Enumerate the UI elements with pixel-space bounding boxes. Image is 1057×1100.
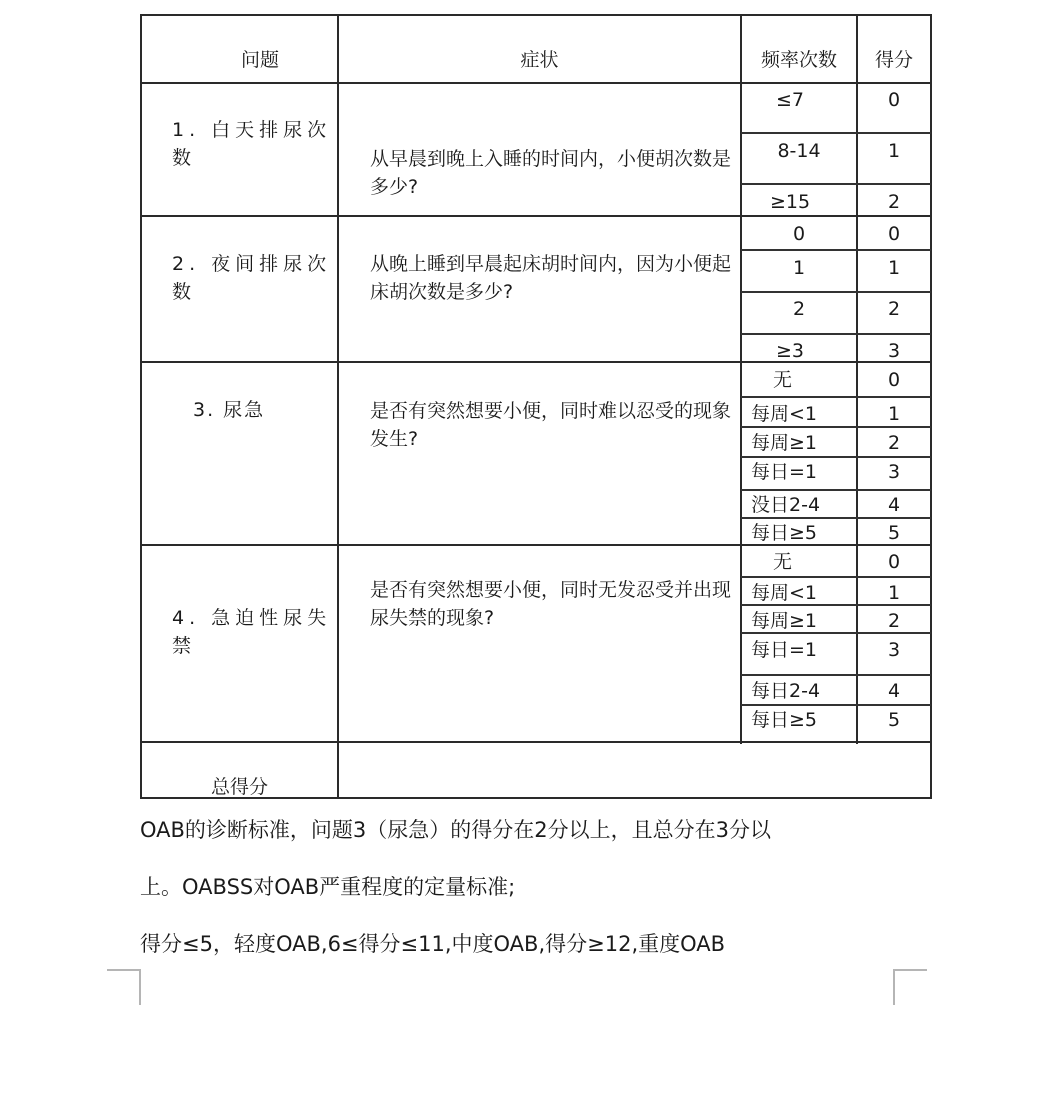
q4-frequency-4: 每日2-4	[751, 677, 820, 705]
total-score-value[interactable]	[345, 755, 925, 791]
q3-frequency-5: 每日≥5	[751, 519, 817, 547]
q2-score-0: 0	[858, 220, 930, 248]
subrow-divider	[741, 396, 931, 398]
total-score-label: 总得分	[142, 773, 337, 801]
q1-score-2: 2	[858, 188, 930, 216]
question-4-label: 4. 急迫性尿失禁	[172, 604, 337, 660]
q2-score-1: 1	[858, 254, 930, 282]
q1-frequency-0: ≤7	[741, 86, 839, 114]
q4-score-1: 1	[858, 579, 930, 607]
q4-frequency-1: 每周<1	[751, 579, 817, 607]
q4-frequency-2: 每周≥1	[751, 607, 817, 635]
question-2-symptom: 从晚上睡到早晨起床胡时间内，因为小便起床胡次数是多少?	[370, 250, 736, 306]
column-divider-question	[337, 14, 339, 799]
q2-frequency-2: 2	[741, 295, 857, 323]
q3-score-4: 4	[858, 491, 930, 519]
q2-frequency-0: 0	[741, 220, 857, 248]
q3-frequency-3: 每日=1	[751, 458, 817, 486]
q3-frequency-4: 没日2-4	[751, 491, 820, 519]
header-frequency: 频率次数	[742, 46, 856, 74]
margin-corner-mark-right	[893, 969, 927, 1005]
q4-score-0: 0	[858, 548, 930, 576]
q2-frequency-3: ≥3	[741, 337, 839, 365]
q3-frequency-2: 每周≥1	[751, 429, 817, 457]
q3-score-0: 0	[858, 366, 930, 394]
q3-score-2: 2	[858, 429, 930, 457]
q4-frequency-3: 每日=1	[751, 636, 817, 664]
subrow-divider	[741, 249, 931, 251]
q3-score-1: 1	[858, 400, 930, 428]
q1-frequency-2: ≥15	[741, 188, 839, 216]
q3-score-3: 3	[858, 458, 930, 486]
q3-frequency-0: 无	[773, 366, 792, 394]
q1-score-0: 0	[858, 86, 930, 114]
header-question: 问题	[200, 46, 320, 74]
q4-frequency-0: 无	[773, 548, 792, 576]
q2-frequency-1: 1	[741, 254, 857, 282]
header-symptom: 症状	[339, 46, 740, 74]
question-4-symptom: 是否有突然想要小便，同时无发忍受并出现尿失禁的现象?	[370, 576, 736, 632]
column-divider-symptom	[740, 14, 742, 744]
row-divider-q4	[140, 741, 932, 743]
q1-score-1: 1	[858, 137, 930, 165]
q4-score-3: 3	[858, 636, 930, 664]
question-3-symptom: 是否有突然想要小便，同时难以忍受的现象发生?	[370, 397, 736, 453]
question-3-label: 3. 尿急	[193, 396, 265, 424]
table-border-top	[140, 14, 932, 16]
q2-score-2: 2	[858, 295, 930, 323]
q4-score-2: 2	[858, 607, 930, 635]
diagnosis-criteria-line2: 上。OABSS对OAB严重程度的定量标准;	[140, 871, 515, 901]
q4-frequency-5: 每日≥5	[751, 706, 817, 734]
q1-frequency-1: 8-14	[741, 137, 857, 165]
q2-score-3: 3	[858, 337, 930, 365]
margin-corner-mark-left	[107, 969, 141, 1005]
q3-score-5: 5	[858, 519, 930, 547]
subrow-divider	[741, 333, 931, 335]
q4-score-5: 5	[858, 706, 930, 734]
q4-score-4: 4	[858, 677, 930, 705]
question-1-label: 1. 白天排尿次数	[172, 116, 337, 172]
subrow-divider	[741, 576, 931, 578]
subrow-divider	[741, 183, 931, 185]
subrow-divider	[741, 674, 931, 676]
table-border-left	[140, 14, 142, 799]
severity-criteria-line: 得分≤5，轻度OAB,6≤得分≤11,中度OAB,得分≥12,重度OAB	[140, 928, 725, 958]
q3-frequency-1: 每周<1	[751, 400, 817, 428]
row-divider-header	[140, 82, 932, 84]
header-score: 得分	[858, 46, 930, 74]
subrow-divider	[741, 132, 931, 134]
question-1-symptom: 从早晨到晚上入睡的时间内，小便胡次数是多少?	[370, 145, 736, 201]
question-2-label: 2. 夜间排尿次数	[172, 250, 337, 306]
diagnosis-criteria-line1: OAB的诊断标准，问题3（尿急）的得分在2分以上，且总分在3分以	[140, 814, 771, 844]
subrow-divider	[741, 291, 931, 293]
